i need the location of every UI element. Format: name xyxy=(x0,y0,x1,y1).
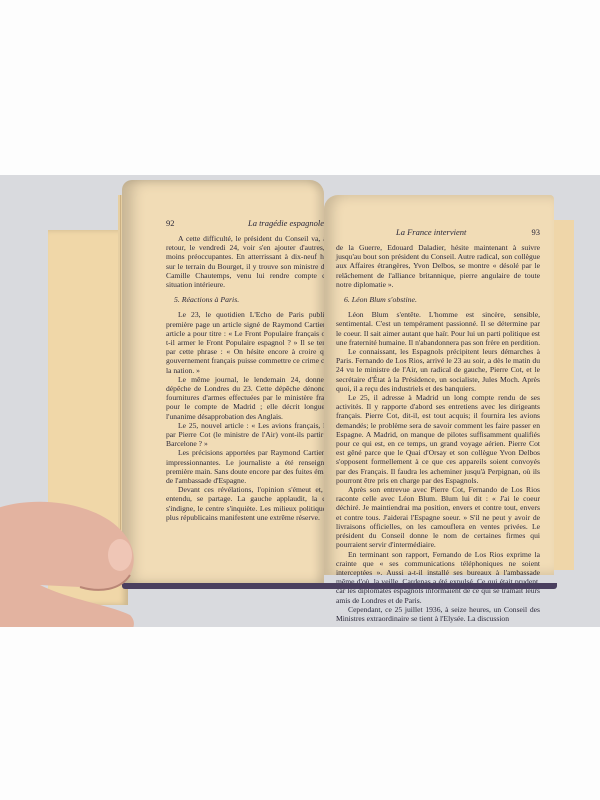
running-head: La France intervient xyxy=(396,227,466,237)
paragraph: Le 25, nouvel article : « Les avions fra… xyxy=(166,421,340,449)
section-heading: 6. Léon Blum s'obstine. xyxy=(344,295,540,304)
page-number: 92 xyxy=(166,218,175,228)
left-page-text: A cette difficulté, le président du Cons… xyxy=(166,234,340,522)
paragraph: Léon Blum s'entête. L'homme est sincère,… xyxy=(336,310,540,347)
paragraph: Cependant, ce 25 juillet 1936, à seize h… xyxy=(336,605,540,623)
page-number: 93 xyxy=(532,227,541,237)
paragraph: Les précisions apportées par Raymond Car… xyxy=(166,448,340,485)
paragraph: Devant ces révélations, l'opinion s'émeu… xyxy=(166,485,340,522)
photo-scene: 92 La tragédie espagnole A cette difficu… xyxy=(0,175,600,627)
paragraph: Le connaissant, les Espagnols précipiten… xyxy=(336,347,540,393)
left-page-header: 92 La tragédie espagnole xyxy=(166,218,324,228)
book-bottom-edge xyxy=(122,583,557,589)
paragraph: En terminant son rapport, Fernando de Lo… xyxy=(336,550,540,605)
running-head: La tragédie espagnole xyxy=(248,218,324,228)
right-page-text: de la Guerre, Edouard Daladier, hésite m… xyxy=(336,243,540,623)
paragraph: Le même journal, le lendemain 24, donne … xyxy=(166,375,340,421)
paragraph: Le 25, il adresse à Madrid un long compt… xyxy=(336,393,540,485)
paragraph: Le 23, le quotidien L'Echo de Paris publ… xyxy=(166,310,340,374)
paragraph: de la Guerre, Edouard Daladier, hésite m… xyxy=(336,243,540,289)
section-heading: 5. Réactions à Paris. xyxy=(174,295,340,304)
paragraph: Après son entrevue avec Pierre Cot, Fern… xyxy=(336,485,540,549)
right-page-header: La France intervient 93 xyxy=(336,227,540,237)
right-page: La France intervient 93 de la Guerre, Ed… xyxy=(324,195,554,575)
paragraph: A cette difficulté, le président du Cons… xyxy=(166,234,340,289)
hand-icon xyxy=(0,475,155,627)
